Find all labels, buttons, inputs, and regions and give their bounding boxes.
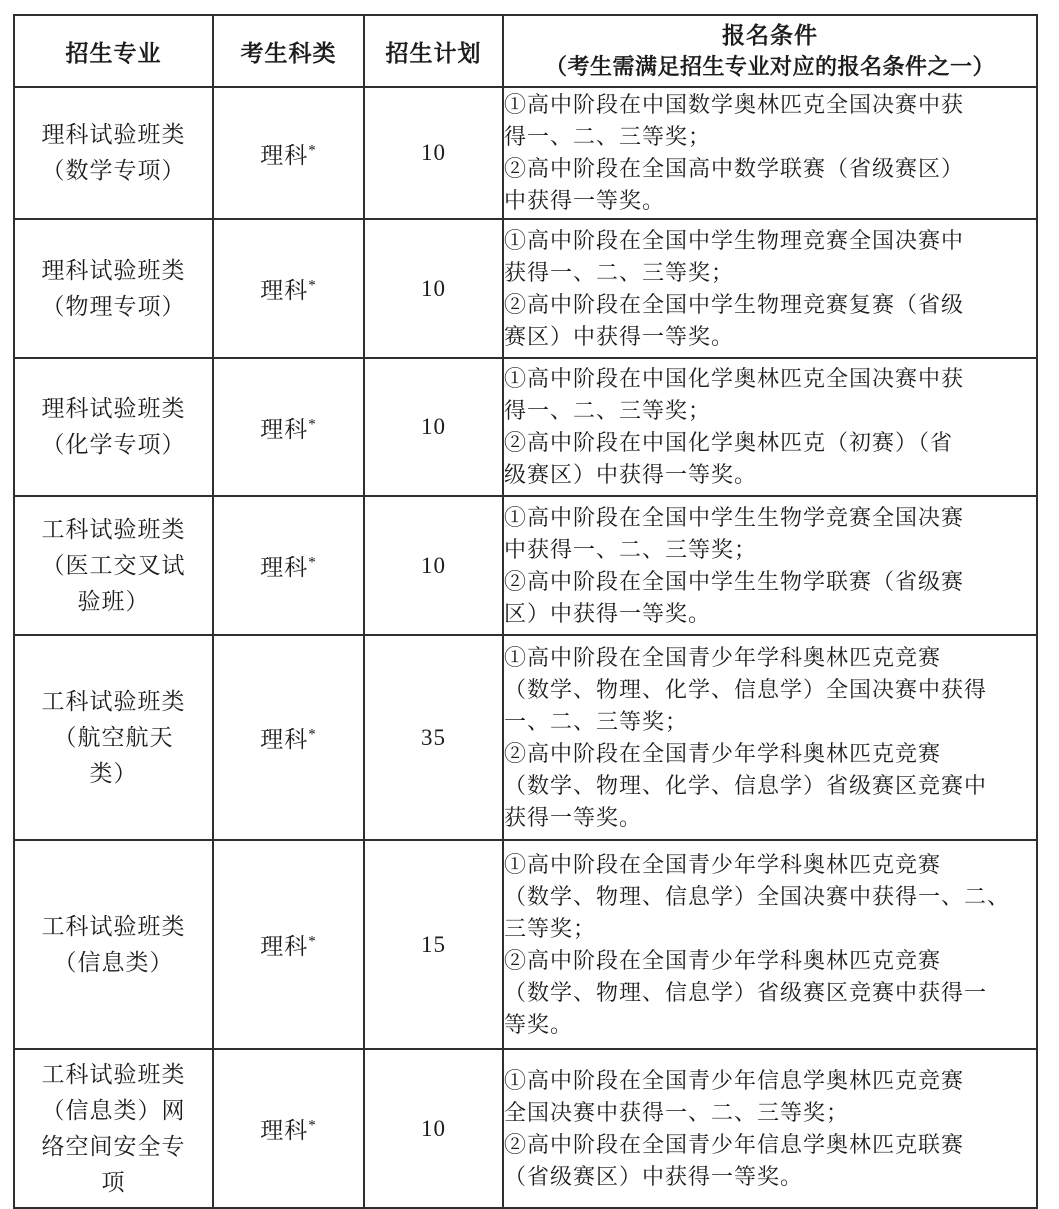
conditions-cell: ①高中阶段在全国中学生生物学竞赛全国决赛 中获得一、二、三等奖； ②高中阶段在全… (503, 496, 1037, 635)
condition-item: ②高中阶段在中国化学奥林匹克（初赛）（省 级赛区）中获得一等奖。 (504, 427, 1036, 491)
table-row: 理科试验班类 （化学专项） 理科* 10 ①高中阶段在中国化学奥林匹克全国决赛中… (14, 358, 1037, 496)
plan-cell: 35 (364, 635, 503, 840)
header-conditions-title: 报名条件 (504, 20, 1036, 52)
header-conditions-subtitle: （考生需满足招生专业对应的报名条件之一） (504, 52, 1036, 82)
table-header-row: 招生专业 考生科类 招生计划 报名条件 （考生需满足招生专业对应的报名条件之一） (14, 15, 1037, 87)
condition-item: ②高中阶段在全国青少年学科奥林匹克竞赛 （数学、物理、化学、信息学）省级赛区竞赛… (504, 738, 1036, 834)
table-row: 工科试验班类 （信息类） 理科* 15 ①高中阶段在全国青少年学科奥林匹克竞赛 … (14, 840, 1037, 1049)
conditions-cell: ①高中阶段在中国数学奥林匹克全国决赛中获 得一、二、三等奖； ②高中阶段在全国高… (503, 87, 1037, 219)
plan-cell: 10 (364, 358, 503, 496)
table-row: 工科试验班类 （信息类）网 络空间安全专 项 理科* 10 ①高中阶段在全国青少… (14, 1049, 1037, 1208)
condition-item: ②高中阶段在全国中学生生物学联赛（省级赛 区）中获得一等奖。 (504, 566, 1036, 630)
condition-item: ①高中阶段在全国中学生生物学竞赛全国决赛 中获得一、二、三等奖； (504, 502, 1036, 566)
condition-item: ①高中阶段在全国青少年学科奥林匹克竞赛 （数学、物理、信息学）全国决赛中获得一、… (504, 849, 1036, 945)
header-major: 招生专业 (14, 15, 213, 87)
category-cell: 理科* (213, 358, 364, 496)
category-asterisk: * (308, 142, 317, 158)
header-plan: 招生计划 (364, 15, 503, 87)
category-label: 理科 (260, 143, 308, 168)
condition-item: ②高中阶段在全国青少年学科奥林匹克竞赛 （数学、物理、信息学）省级赛区竞赛中获得… (504, 945, 1036, 1041)
category-cell: 理科* (213, 219, 364, 358)
condition-item: ①高中阶段在中国化学奥林匹克全国决赛中获 得一、二、三等奖； (504, 363, 1036, 427)
condition-item: ①高中阶段在全国中学生物理竞赛全国决赛中 获得一、二、三等奖； (504, 225, 1036, 289)
plan-cell: 15 (364, 840, 503, 1049)
condition-item: ②高中阶段在全国高中数学联赛（省级赛区） 中获得一等奖。 (504, 153, 1036, 217)
plan-cell: 10 (364, 219, 503, 358)
major-cell: 工科试验班类 （航空航天 类） (14, 635, 213, 840)
category-cell: 理科* (213, 1049, 364, 1208)
admission-plan-table: 招生专业 考生科类 招生计划 报名条件 （考生需满足招生专业对应的报名条件之一）… (13, 14, 1038, 1209)
table-row: 工科试验班类 （航空航天 类） 理科* 35 ①高中阶段在全国青少年学科奥林匹克… (14, 635, 1037, 840)
category-asterisk: * (308, 933, 317, 949)
major-cell: 工科试验班类 （信息类） (14, 840, 213, 1049)
category-label: 理科 (260, 934, 308, 959)
category-cell: 理科* (213, 840, 364, 1049)
category-cell: 理科* (213, 635, 364, 840)
table-row: 工科试验班类 （医工交叉试 验班） 理科* 10 ①高中阶段在全国中学生生物学竞… (14, 496, 1037, 635)
document-page: 招生专业 考生科类 招生计划 报名条件 （考生需满足招生专业对应的报名条件之一）… (0, 0, 1059, 1208)
condition-item: ①高中阶段在中国数学奥林匹克全国决赛中获 得一、二、三等奖； (504, 89, 1036, 153)
category-asterisk: * (308, 1117, 317, 1133)
category-cell: 理科* (213, 87, 364, 219)
major-cell: 理科试验班类 （化学专项） (14, 358, 213, 496)
plan-cell: 10 (364, 87, 503, 219)
category-asterisk: * (308, 416, 317, 432)
category-label: 理科 (260, 1118, 308, 1143)
category-label: 理科 (260, 727, 308, 752)
conditions-cell: ①高中阶段在全国青少年信息学奥林匹克竞赛 全国决赛中获得一、二、三等奖； ②高中… (503, 1049, 1037, 1208)
conditions-cell: ①高中阶段在全国中学生物理竞赛全国决赛中 获得一、二、三等奖； ②高中阶段在全国… (503, 219, 1037, 358)
condition-item: ①高中阶段在全国青少年学科奥林匹克竞赛 （数学、物理、化学、信息学）全国决赛中获… (504, 642, 1036, 738)
header-category: 考生科类 (213, 15, 364, 87)
major-cell: 工科试验班类 （信息类）网 络空间安全专 项 (14, 1049, 213, 1208)
category-asterisk: * (308, 726, 317, 742)
header-conditions: 报名条件 （考生需满足招生专业对应的报名条件之一） (503, 15, 1037, 87)
table-row: 理科试验班类 （数学专项） 理科* 10 ①高中阶段在中国数学奥林匹克全国决赛中… (14, 87, 1037, 219)
conditions-cell: ①高中阶段在全国青少年学科奥林匹克竞赛 （数学、物理、化学、信息学）全国决赛中获… (503, 635, 1037, 840)
category-label: 理科 (260, 555, 308, 580)
conditions-cell: ①高中阶段在全国青少年学科奥林匹克竞赛 （数学、物理、信息学）全国决赛中获得一、… (503, 840, 1037, 1049)
category-cell: 理科* (213, 496, 364, 635)
category-label: 理科 (260, 278, 308, 303)
plan-cell: 10 (364, 496, 503, 635)
major-cell: 理科试验班类 （物理专项） (14, 219, 213, 358)
category-label: 理科 (260, 417, 308, 442)
condition-item: ②高中阶段在全国中学生物理竞赛复赛（省级 赛区）中获得一等奖。 (504, 289, 1036, 353)
category-asterisk: * (308, 277, 317, 293)
condition-item: ①高中阶段在全国青少年信息学奥林匹克竞赛 全国决赛中获得一、二、三等奖； (504, 1065, 1036, 1129)
table-row: 理科试验班类 （物理专项） 理科* 10 ①高中阶段在全国中学生物理竞赛全国决赛… (14, 219, 1037, 358)
plan-cell: 10 (364, 1049, 503, 1208)
condition-item: ②高中阶段在全国青少年信息学奥林匹克联赛 （省级赛区）中获得一等奖。 (504, 1129, 1036, 1193)
major-cell: 理科试验班类 （数学专项） (14, 87, 213, 219)
conditions-cell: ①高中阶段在中国化学奥林匹克全国决赛中获 得一、二、三等奖； ②高中阶段在中国化… (503, 358, 1037, 496)
major-cell: 工科试验班类 （医工交叉试 验班） (14, 496, 213, 635)
category-asterisk: * (308, 554, 317, 570)
